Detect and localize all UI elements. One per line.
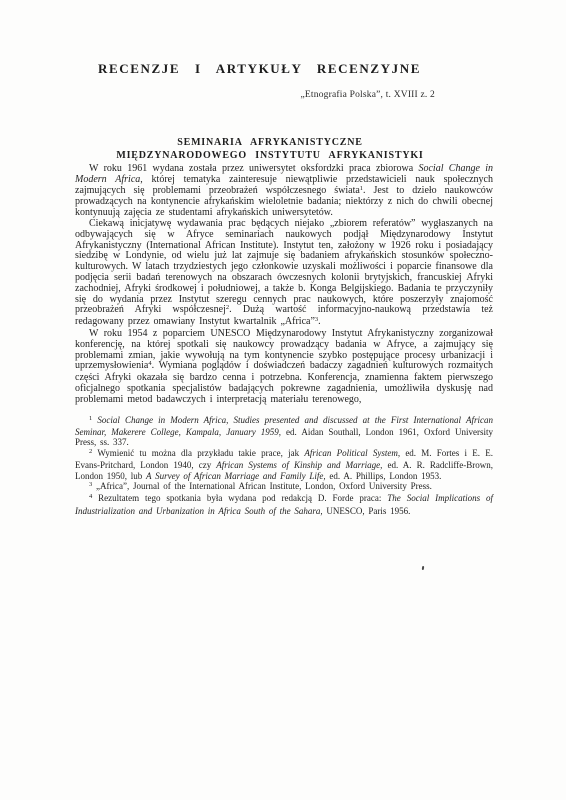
article-title-line1: SEMINARIA AFRYKANISTYCZNE [40, 137, 500, 150]
section-heading: RECENZJE I ARTYKUŁY RECENZYJNE [98, 61, 421, 77]
footnote-3: 3 „Africa”, Journal of the International… [75, 481, 493, 493]
footnote-1: 1 Social Change in Modern Africa, Studie… [75, 415, 493, 448]
footnote-ref-2: 2 [226, 304, 229, 311]
text-run: Ciekawą inicjatywę wydawania prac będący… [75, 218, 493, 315]
footnote-ref-1: 1 [360, 185, 363, 192]
footnotes: 1 Social Change in Modern Africa, Studie… [75, 415, 493, 517]
text-run: UNESCO, Paris 1956. [323, 506, 411, 516]
text-run: ed. A. Phillips, London 1953. [326, 471, 442, 481]
italic-run: African Political System, [304, 448, 400, 458]
text-run: Wymienić tu można dla przykładu takie pr… [92, 448, 304, 458]
footnote-4: 4 Rezultatem tego spotkania była wydana … [75, 493, 493, 516]
journal-reference: „Etnografia Polska”, t. XVIII z. 2 [0, 90, 435, 100]
italic-run: African Systems of Kinship and Marriage, [216, 460, 382, 470]
text-run: . [318, 316, 321, 327]
footnote-ref-3: 3 [315, 316, 318, 323]
article-title: SEMINARIA AFRYKANISTYCZNE MIĘDZYNARODOWE… [40, 137, 500, 162]
body-paragraph-2: Ciekawą inicjatywę wydawania prac będący… [75, 219, 493, 329]
body-paragraph-3: W roku 1954 z poparciem UNESCO Międzynar… [75, 329, 493, 406]
text-run: W roku 1961 wydana została przez uniwers… [89, 163, 418, 174]
footnote-marker-2: 2 [89, 448, 92, 455]
footnote-marker-1: 1 [89, 415, 92, 422]
article-title-line2: MIĘDZYNARODOWEGO INSTYTUTU AFRYKANISTYKI [40, 150, 500, 163]
italic-run: A Survey of African Marriage and Family … [146, 471, 326, 481]
body-paragraph-1: W roku 1961 wydana została przez uniwers… [75, 164, 493, 219]
footnote-marker-4: 4 [89, 493, 92, 500]
footnote-ref-4: 4 [148, 360, 151, 367]
text-run: Rezultatem tego spotkania była wydana po… [92, 493, 387, 503]
footnote-2: 2 Wymienić tu można dla przykładu takie … [75, 448, 493, 481]
text-run: „Africa”, Journal of the International A… [92, 481, 432, 491]
footnote-marker-3: 3 [89, 481, 92, 488]
article-body: W roku 1961 wydana została przez uniwers… [75, 164, 493, 516]
scan-artifact [422, 566, 424, 570]
journal-page: RECENZJE I ARTYKUŁY RECENZYJNE „Etnograf… [0, 0, 566, 800]
